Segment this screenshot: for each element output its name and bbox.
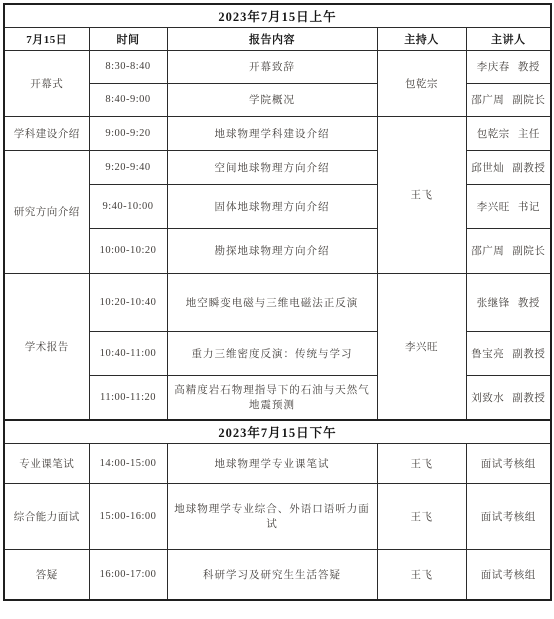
cell-time: 11:00-11:20 [89, 375, 167, 420]
cell-content: 地球物理学科建设介绍 [167, 116, 377, 150]
category-academic: 学术报告 [4, 273, 89, 420]
cell-time: 10:20-10:40 [89, 273, 167, 331]
cell-time: 9:20-9:40 [89, 150, 167, 184]
cell-content: 开幕致辞 [167, 50, 377, 83]
cell-time: 10:00-10:20 [89, 228, 167, 273]
cell-host: 王飞 [377, 116, 466, 273]
cell-speaker: 面试考核组 [466, 483, 551, 549]
header-row: 7月15日 时间 报告内容 主持人 主讲人 [4, 27, 551, 50]
cell-host: 王飞 [377, 549, 466, 600]
cell-speaker: 面试考核组 [466, 443, 551, 483]
category-opening: 开幕式 [4, 50, 89, 116]
cell-time: 9:40-10:00 [89, 184, 167, 228]
cell-time: 15:00-16:00 [89, 483, 167, 549]
cell-time: 10:40-11:00 [89, 331, 167, 375]
cell-speaker: 李兴旺 书记 [466, 184, 551, 228]
table-row: 研究方向介绍 9:20-9:40 空间地球物理方向介绍 邱世灿 副教授 [4, 150, 551, 184]
cell-content: 地球物理学专业课笔试 [167, 443, 377, 483]
cell-speaker: 张继锋 教授 [466, 273, 551, 331]
cell-speaker: 鲁宝亮 副教授 [466, 331, 551, 375]
cell-time: 8:40-9:00 [89, 83, 167, 116]
col-header-time: 时间 [89, 27, 167, 50]
cell-speaker: 包乾宗 主任 [466, 116, 551, 150]
category-discipline: 学科建设介绍 [4, 116, 89, 150]
cell-time: 14:00-15:00 [89, 443, 167, 483]
schedule-table: 2023年7月15日上午 7月15日 时间 报告内容 主持人 主讲人 开幕式 8… [3, 3, 552, 601]
cell-speaker: 面试考核组 [466, 549, 551, 600]
table-row: 学科建设介绍 9:00-9:20 地球物理学科建设介绍 王飞 包乾宗 主任 [4, 116, 551, 150]
table-row: 开幕式 8:30-8:40 开幕致辞 包乾宗 李庆春 教授 [4, 50, 551, 83]
category-research: 研究方向介绍 [4, 150, 89, 273]
cell-content: 地空瞬变电磁与三维电磁法正反演 [167, 273, 377, 331]
cell-speaker: 邵广周 副院长 [466, 83, 551, 116]
cell-content: 固体地球物理方向介绍 [167, 184, 377, 228]
afternoon-title: 2023年7月15日下午 [4, 420, 551, 443]
cell-speaker: 邱世灿 副教授 [466, 150, 551, 184]
cell-time: 8:30-8:40 [89, 50, 167, 83]
cell-host: 李兴旺 [377, 273, 466, 420]
category-interview: 综合能力面试 [4, 483, 89, 549]
table-row: 专业课笔试 14:00-15:00 地球物理学专业课笔试 王飞 面试考核组 [4, 443, 551, 483]
cell-speaker: 刘致水 副教授 [466, 375, 551, 420]
cell-content: 空间地球物理方向介绍 [167, 150, 377, 184]
category-qa: 答疑 [4, 549, 89, 600]
cell-content: 重力三维密度反演：传统与学习 [167, 331, 377, 375]
schedule-page: 2023年7月15日上午 7月15日 时间 报告内容 主持人 主讲人 开幕式 8… [0, 0, 554, 619]
table-row: 答疑 16:00-17:00 科研学习及研究生生活答疑 王飞 面试考核组 [4, 549, 551, 600]
cell-speaker: 李庆春 教授 [466, 50, 551, 83]
cell-content: 学院概况 [167, 83, 377, 116]
cell-content: 勘探地球物理方向介绍 [167, 228, 377, 273]
col-header-date: 7月15日 [4, 27, 89, 50]
morning-title: 2023年7月15日上午 [4, 4, 551, 27]
afternoon-title-row: 2023年7月15日下午 [4, 420, 551, 443]
cell-content: 科研学习及研究生生活答疑 [167, 549, 377, 600]
cell-speaker: 邵广周 副院长 [466, 228, 551, 273]
col-header-content: 报告内容 [167, 27, 377, 50]
cell-content: 高精度岩石物理指导下的石油与天然气地震预测 [167, 375, 377, 420]
cell-time: 16:00-17:00 [89, 549, 167, 600]
col-header-speaker: 主讲人 [466, 27, 551, 50]
cell-host: 王飞 [377, 443, 466, 483]
morning-title-row: 2023年7月15日上午 [4, 4, 551, 27]
cell-time: 9:00-9:20 [89, 116, 167, 150]
cell-host: 王飞 [377, 483, 466, 549]
col-header-host: 主持人 [377, 27, 466, 50]
cell-content: 地球物理学专业综合、外语口语听力面试 [167, 483, 377, 549]
table-row: 学术报告 10:20-10:40 地空瞬变电磁与三维电磁法正反演 李兴旺 张继锋… [4, 273, 551, 331]
cell-host: 包乾宗 [377, 50, 466, 116]
category-written-exam: 专业课笔试 [4, 443, 89, 483]
table-row: 综合能力面试 15:00-16:00 地球物理学专业综合、外语口语听力面试 王飞… [4, 483, 551, 549]
